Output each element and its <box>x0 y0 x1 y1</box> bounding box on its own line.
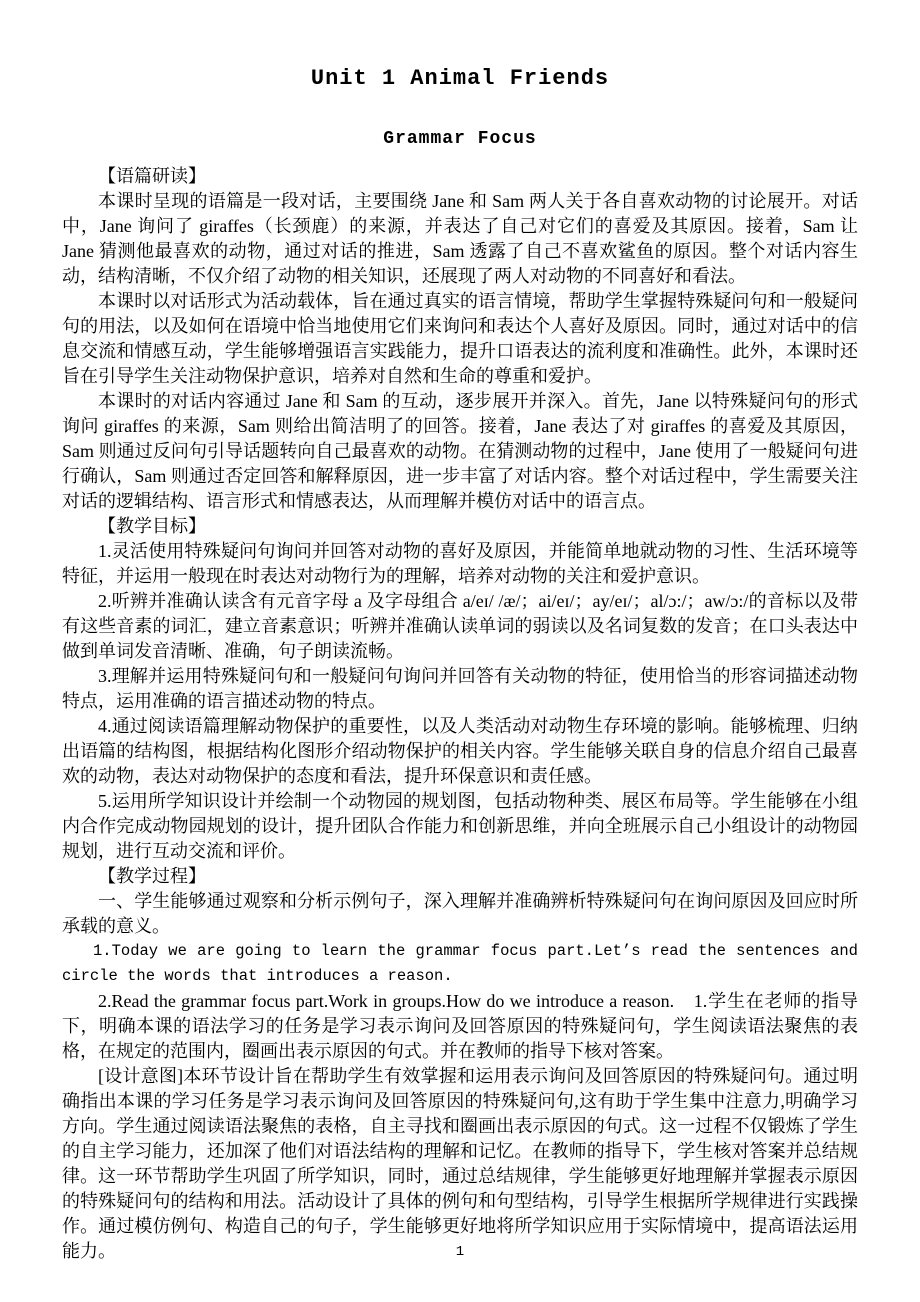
body-paragraph: 一、学生能够通过观察和分析示例句子，深入理解并准确辨析特殊疑问句在询问原因及回应… <box>62 889 858 939</box>
document-body: 【语篇研读】 本课时呈现的语篇是一段对话，主要围绕 Jane 和 Sam 两人关… <box>62 164 858 1264</box>
body-paragraph: 2.Read the grammar focus part.Work in gr… <box>62 989 858 1064</box>
objective-item: 1.灵活使用特殊疑问句询问并回答对动物的喜好及原因，并能简单地就动物的习性、生活… <box>62 539 858 589</box>
document-title: Unit 1 Animal Friends <box>62 66 858 92</box>
objective-item: 2.听辨并准确认读含有元音字母 a 及字母组合 a/eɪ/ /æ/；ai/eɪ/… <box>62 589 858 664</box>
body-paragraph: [设计意图]本环节设计旨在帮助学生有效掌握和运用表示询问及回答原因的特殊疑问句。… <box>62 1064 858 1264</box>
body-paragraph: 本课时呈现的语篇是一段对话，主要围绕 Jane 和 Sam 两人关于各自喜欢动物… <box>62 189 858 289</box>
document-page: Unit 1 Animal Friends Grammar Focus 【语篇研… <box>0 0 920 1302</box>
body-paragraph: 本课时以对话形式为活动载体，旨在通过真实的语言情境，帮助学生掌握特殊疑问句和一般… <box>62 289 858 389</box>
section-heading-teaching-process: 【教学过程】 <box>62 864 858 889</box>
objective-item: 4.通过阅读语篇理解动物保护的重要性，以及人类活动对动物生存环境的影响。能够梳理… <box>62 714 858 789</box>
section-heading-text-analysis: 【语篇研读】 <box>62 164 858 189</box>
objective-item: 3.理解并运用特殊疑问句和一般疑问句询问并回答有关动物的特征，使用恰当的形容词描… <box>62 664 858 714</box>
objective-item: 5.运用所学知识设计并绘制一个动物园的规划图，包括动物种类、展区布局等。学生能够… <box>62 789 858 864</box>
body-paragraph-english: 1.Today we are going to learn the gramma… <box>62 939 858 989</box>
document-subtitle: Grammar Focus <box>62 128 858 150</box>
section-heading-teaching-objectives: 【教学目标】 <box>62 514 858 539</box>
page-number: 1 <box>0 1243 920 1261</box>
body-paragraph: 本课时的对话内容通过 Jane 和 Sam 的互动，逐步展开并深入。首先，Jan… <box>62 389 858 514</box>
